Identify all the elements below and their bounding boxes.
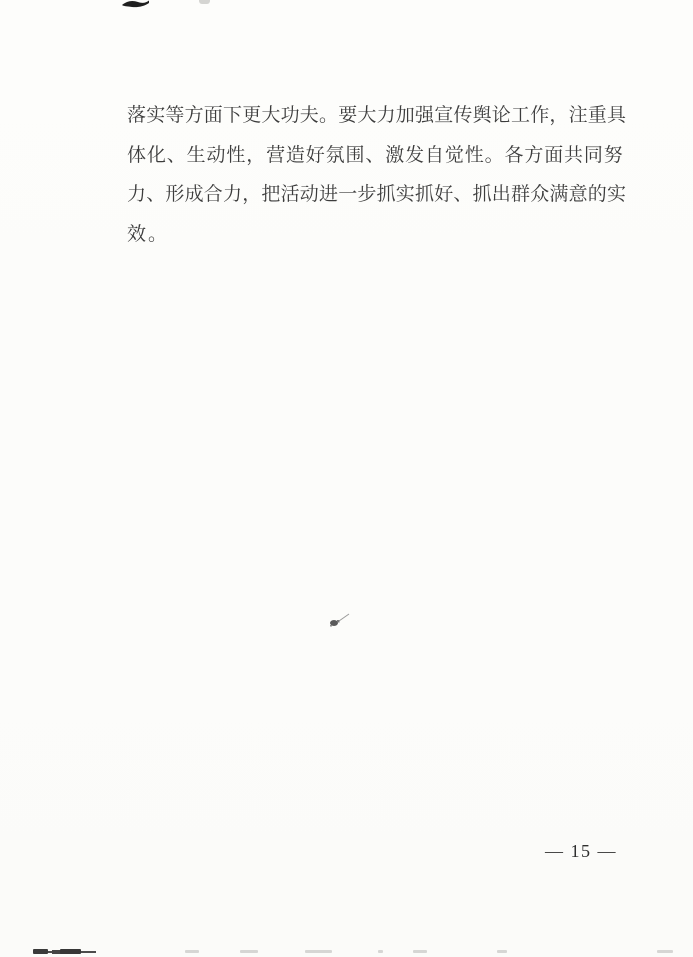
paragraph: 落实等方面下更大功夫。要大力加强宣传舆论工作，注重具 体化、生动性，营造好氛围、… bbox=[127, 96, 623, 254]
scan-artifact-bottom-bar bbox=[33, 948, 96, 957]
scan-smudge-bottom bbox=[657, 950, 673, 953]
paragraph-line: 力、形成合力，把活动进一步抓实抓好、抓出群众满意的实 bbox=[127, 175, 623, 215]
scan-smudge-bottom bbox=[305, 950, 332, 953]
scan-smudge-bottom bbox=[185, 950, 199, 953]
page-number: — 15 — bbox=[545, 841, 655, 862]
scan-smudge-top-icon bbox=[122, 0, 150, 8]
paragraph-line: 体化、生动性，营造好氛围、激发自觉性。各方面共同努 bbox=[127, 136, 623, 176]
scan-artifact-segment bbox=[60, 949, 81, 954]
scan-smudge-top-faint bbox=[199, 0, 210, 4]
paragraph-line: 落实等方面下更大功夫。要大力加强宣传舆论工作，注重具 bbox=[127, 96, 623, 136]
paragraph-line: 效。 bbox=[127, 215, 623, 255]
scan-smudge-center-icon bbox=[326, 611, 352, 629]
scan-artifact-segment bbox=[33, 949, 48, 954]
scan-smudge-bottom bbox=[497, 950, 507, 953]
scanned-document-page: 落实等方面下更大功夫。要大力加强宣传舆论工作，注重具 体化、生动性，营造好氛围、… bbox=[0, 0, 693, 957]
scan-smudge-bottom bbox=[240, 950, 258, 953]
scan-smudge-bottom bbox=[413, 950, 427, 953]
scan-smudge-bottom bbox=[378, 950, 383, 953]
